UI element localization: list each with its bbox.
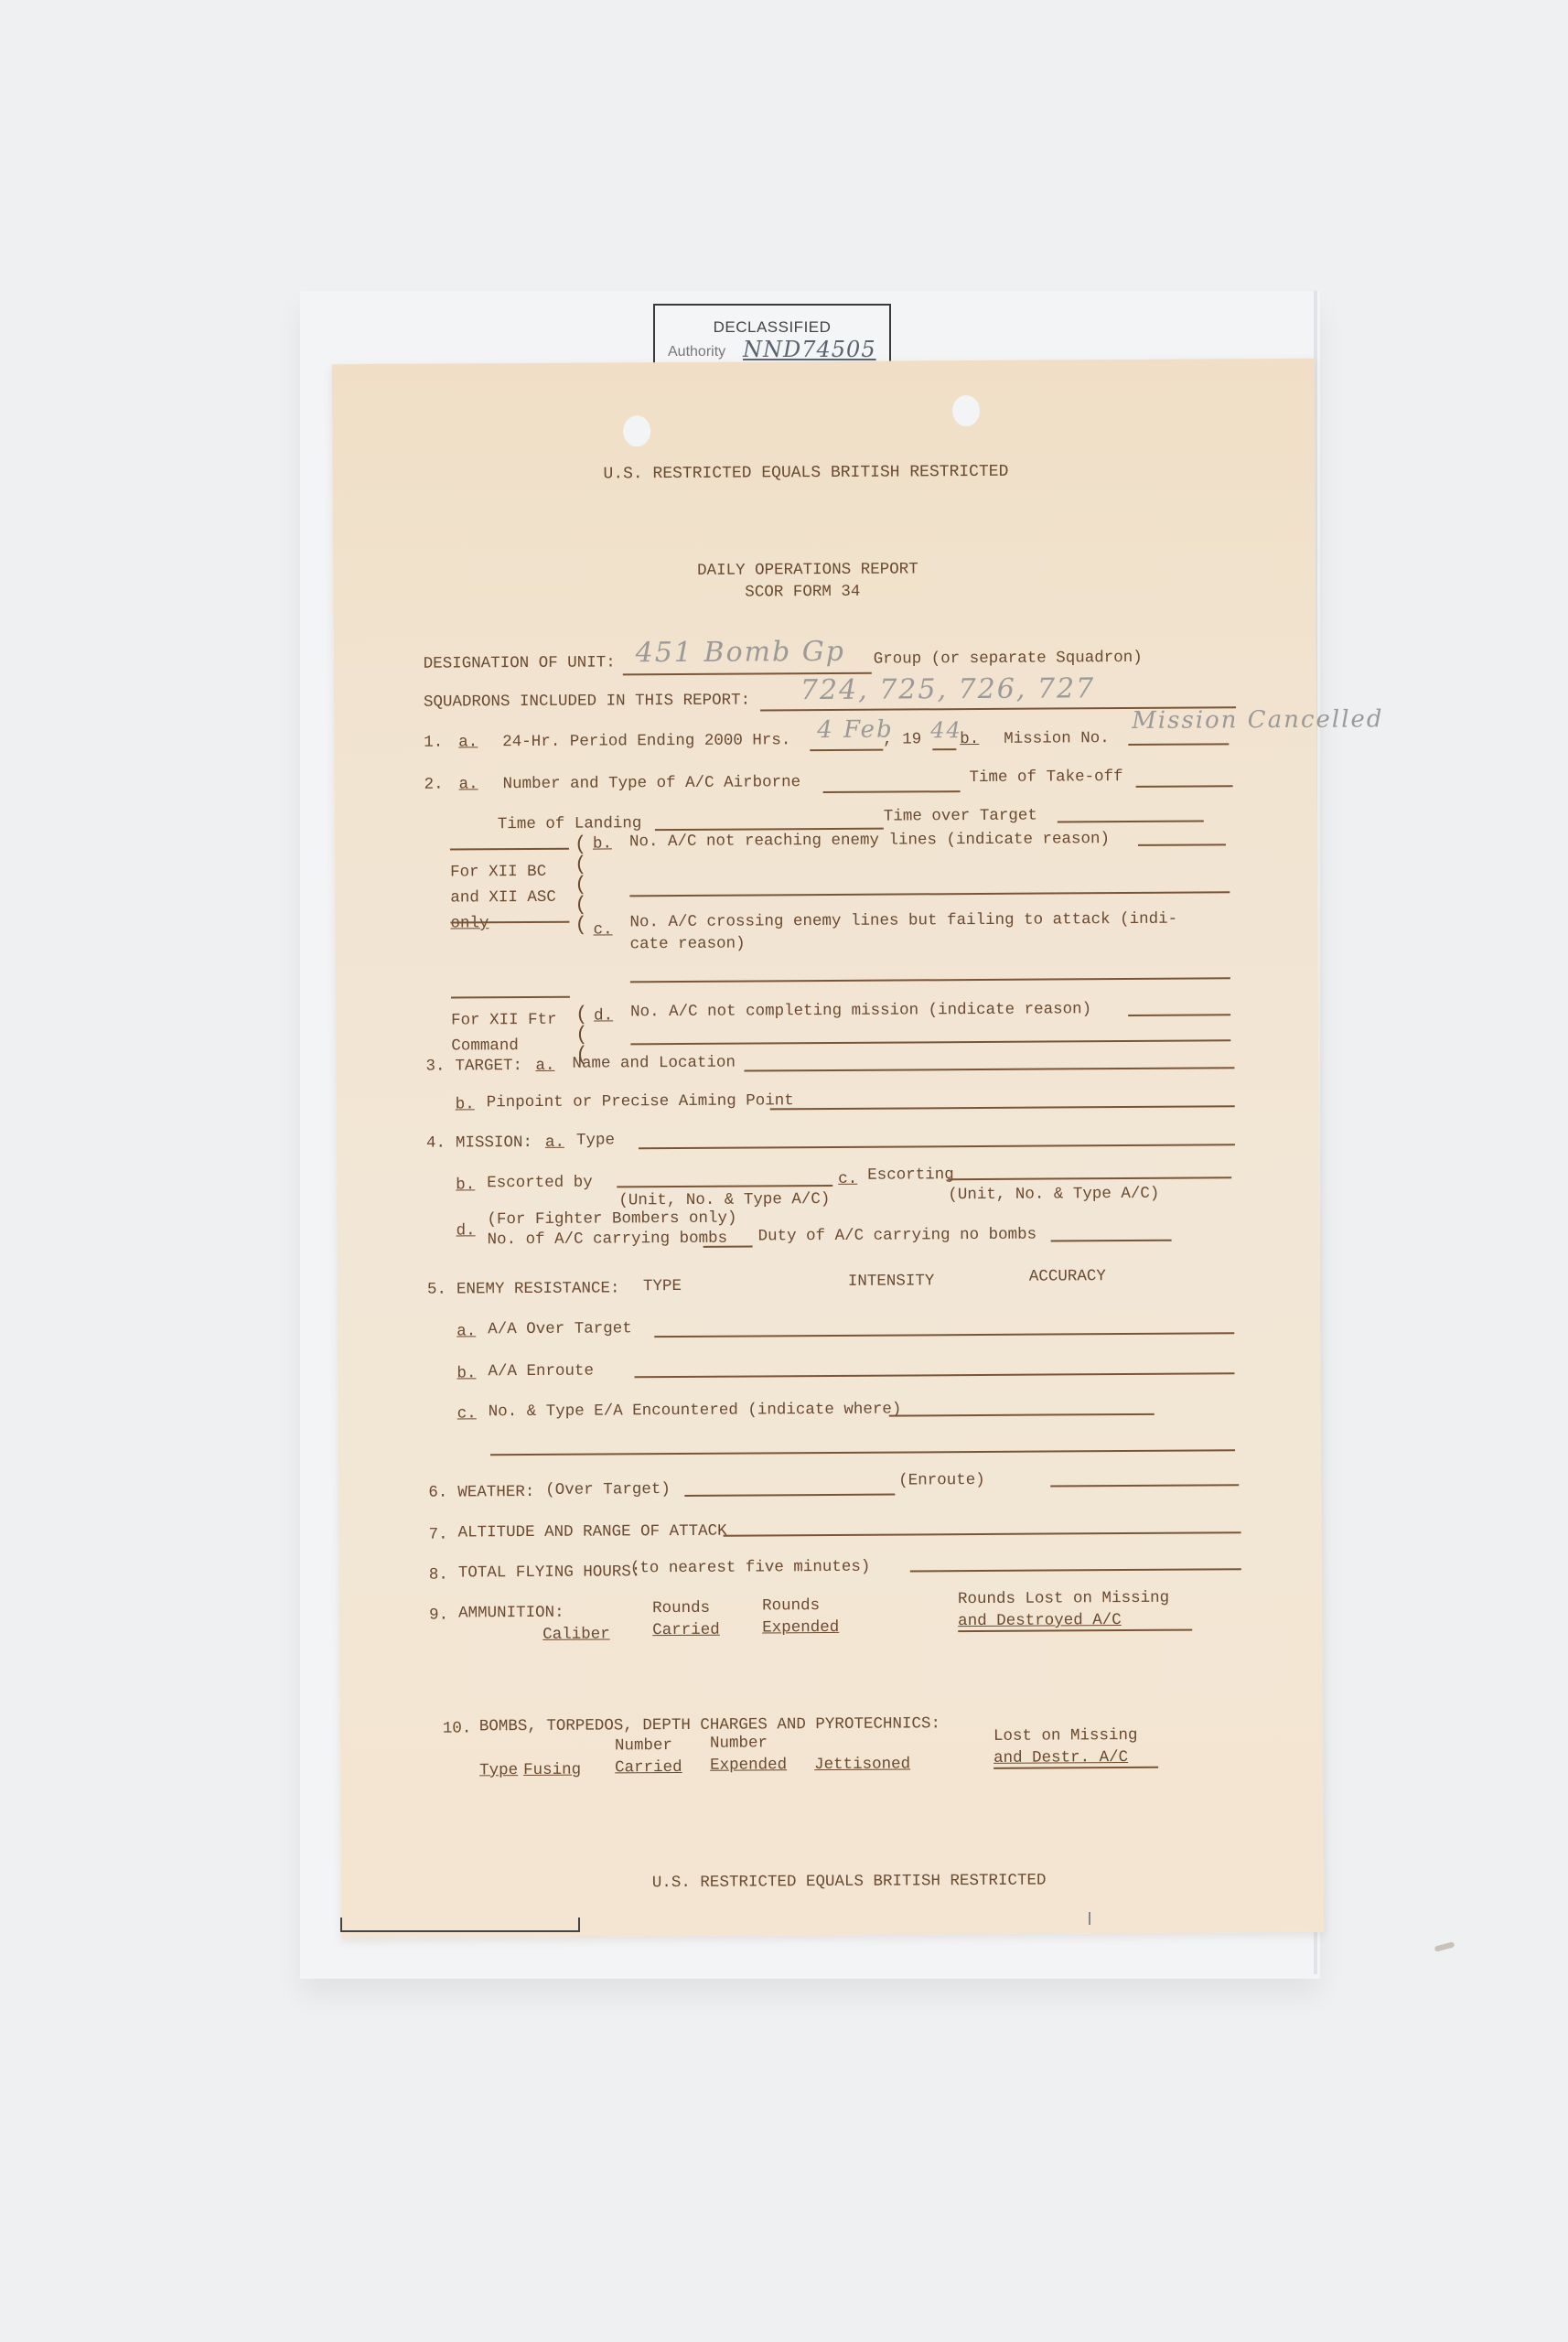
item9-number: 9. bbox=[429, 1606, 448, 1625]
target-name-field[interactable] bbox=[744, 1067, 1234, 1071]
aircraft-airborne-label: Number and Type of A/C Airborne bbox=[503, 773, 801, 793]
aa-enroute-label: A/A Enroute bbox=[488, 1362, 594, 1381]
item2-b-letter: b. bbox=[593, 834, 612, 853]
escorted-by-label: Escorted by bbox=[487, 1174, 593, 1193]
year-prefix: , 19 bbox=[883, 730, 921, 748]
escorting-field[interactable] bbox=[948, 1176, 1231, 1180]
not-completing-field-2[interactable] bbox=[630, 1039, 1230, 1045]
bombs-col-carried-1: Number bbox=[615, 1736, 672, 1755]
failing-attack-field[interactable] bbox=[630, 977, 1230, 983]
mission-type-label: Type bbox=[576, 1131, 615, 1149]
item5-number: 5. bbox=[427, 1281, 446, 1299]
side-note-bc-line2: and XII ASC bbox=[450, 885, 556, 911]
enemy-aircraft-field-2[interactable] bbox=[490, 1449, 1235, 1456]
altitude-range-field[interactable] bbox=[724, 1531, 1241, 1536]
bombs-col-type: Type bbox=[479, 1761, 518, 1779]
year-field[interactable] bbox=[932, 748, 956, 750]
escorting-label: Escorting bbox=[867, 1166, 954, 1185]
bombs-label: BOMBS, TORPEDOS, DEPTH CHARGES AND PYROT… bbox=[479, 1714, 940, 1735]
item4-number: 4. bbox=[426, 1134, 446, 1153]
no-bombs-duty-label: Duty of A/C carrying no bombs bbox=[758, 1226, 1037, 1246]
aiming-point-field[interactable] bbox=[770, 1105, 1235, 1110]
brace-bc: ((((( bbox=[575, 835, 587, 936]
authority-label: Authority bbox=[668, 344, 725, 360]
squadrons-label: SQUADRONS INCLUDED IN THIS REPORT: bbox=[424, 692, 750, 712]
year-value: 44 bbox=[930, 717, 962, 743]
landing-field[interactable] bbox=[655, 828, 884, 832]
side-note-bc-line1: For XII BC bbox=[450, 859, 556, 886]
authority-value: NND74505 bbox=[743, 337, 876, 362]
item1-a-label: 24-Hr. Period Ending 2000 Hrs. bbox=[502, 731, 790, 751]
item4-b-letter: b. bbox=[456, 1176, 475, 1194]
side-note-bc: For XII BC and XII ASC only bbox=[450, 859, 556, 937]
classification-bottom: U.S. RESTRICTED EQUALS BRITISH RESTRICTE… bbox=[652, 1872, 1047, 1893]
item10-number: 10. bbox=[443, 1719, 472, 1737]
col-type: TYPE bbox=[643, 1277, 682, 1295]
squadrons-value: 724, 725, 726, 727 bbox=[800, 672, 1095, 706]
item3-b-letter: b. bbox=[456, 1095, 475, 1113]
designation-suffix: Group (or separate Squadron) bbox=[874, 649, 1143, 669]
flying-hours-field[interactable] bbox=[910, 1568, 1241, 1572]
item4-c-letter: c. bbox=[838, 1170, 857, 1188]
ammo-col-expended-1: Rounds bbox=[762, 1596, 820, 1615]
aa-enroute-field[interactable] bbox=[635, 1372, 1235, 1378]
mission-no-field[interactable] bbox=[1128, 743, 1229, 746]
takeoff-field[interactable] bbox=[1136, 785, 1233, 788]
divider-ftr bbox=[451, 996, 570, 999]
punch-hole-right bbox=[952, 395, 980, 426]
ammo-lost-underline bbox=[958, 1629, 1192, 1633]
report-sheet: U.S. RESTRICTED EQUALS BRITISH RESTRICTE… bbox=[332, 359, 1324, 1939]
item1-a-letter: a. bbox=[458, 733, 478, 751]
sleeve-tick bbox=[1089, 1912, 1090, 1925]
bombs-col-fusing: Fusing bbox=[523, 1761, 581, 1779]
flying-hours-hint: (to nearest five minutes) bbox=[630, 1558, 871, 1578]
designation-value: 451 Bomb Gp bbox=[636, 636, 845, 669]
aircraft-airborne-field[interactable] bbox=[823, 790, 961, 793]
target-name-label: Name and Location bbox=[572, 1054, 736, 1073]
not-reaching-label: No. A/C not reaching enemy lines (indica… bbox=[629, 830, 1110, 851]
not-completing-field[interactable] bbox=[1128, 1014, 1230, 1016]
item2-a-letter: a. bbox=[459, 775, 478, 793]
weather-over-target-field[interactable] bbox=[684, 1494, 895, 1497]
carrying-bombs-field[interactable] bbox=[703, 1246, 753, 1248]
item5-b-letter: b. bbox=[456, 1364, 476, 1382]
over-target-field[interactable] bbox=[1058, 820, 1204, 822]
bombs-col-lost-2: and Destr. A/C bbox=[993, 1748, 1128, 1767]
mission-no-label: Mission No. bbox=[1004, 729, 1110, 748]
weather-enroute-field[interactable] bbox=[1050, 1484, 1239, 1487]
bombs-col-carried-2: Carried bbox=[615, 1758, 682, 1777]
ammo-col-lost-2: and Destroyed A/C bbox=[958, 1611, 1122, 1630]
side-note-ftr: For XII Ftr Command bbox=[451, 1007, 557, 1059]
weather-over-target-label: (Over Target) bbox=[545, 1480, 671, 1499]
ammo-col-caliber: Caliber bbox=[542, 1625, 610, 1643]
item5-a-letter: a. bbox=[456, 1322, 476, 1340]
item2-number: 2. bbox=[424, 776, 444, 794]
mission-no-value: Mission Cancelled bbox=[1132, 705, 1384, 735]
item3-number: 3. bbox=[425, 1058, 445, 1076]
enemy-aircraft-field[interactable] bbox=[889, 1413, 1155, 1417]
landing-label: Time of Landing bbox=[498, 814, 642, 833]
carrying-bombs-label: No. of A/C carrying bombs bbox=[488, 1230, 728, 1250]
bombs-col-jettisoned: Jettisoned bbox=[814, 1755, 910, 1774]
col-intensity: INTENSITY bbox=[848, 1272, 935, 1291]
side-note-ftr-line1: For XII Ftr bbox=[451, 1007, 557, 1034]
ammunition-label: AMMUNITION: bbox=[458, 1604, 564, 1623]
bombs-lost-underline bbox=[993, 1767, 1158, 1769]
not-reaching-field[interactable] bbox=[1138, 843, 1226, 846]
item7-number: 7. bbox=[429, 1526, 448, 1544]
item4-a-letter: a. bbox=[545, 1133, 564, 1152]
side-note-ftr-line2: Command bbox=[451, 1033, 557, 1059]
declassified-title: DECLASSIFIED bbox=[655, 318, 889, 337]
not-completing-label: No. A/C not completing mission (indicate… bbox=[630, 1000, 1091, 1021]
fighter-bombers-label: (For Fighter Bombers only) bbox=[487, 1209, 736, 1230]
bombs-col-expended-2: Expended bbox=[710, 1756, 787, 1775]
bombs-col-expended-1: Number bbox=[710, 1734, 768, 1752]
item4-d-letter: d. bbox=[456, 1221, 475, 1240]
failing-attack-label-2: cate reason) bbox=[630, 935, 746, 954]
over-target-label: Time over Target bbox=[884, 807, 1037, 826]
mission-type-field[interactable] bbox=[639, 1144, 1235, 1149]
punch-hole-left bbox=[623, 415, 650, 446]
aa-over-target-field[interactable] bbox=[654, 1332, 1234, 1338]
escorted-by-hint: (Unit, No. & Type A/C) bbox=[618, 1190, 830, 1209]
ammo-col-carried-1: Rounds bbox=[652, 1599, 710, 1617]
col-accuracy: ACCURACY bbox=[1029, 1267, 1106, 1286]
altitude-range-label: ALTITUDE AND RANGE OF ATTACK bbox=[457, 1522, 726, 1542]
item3-a-letter: a. bbox=[535, 1057, 554, 1075]
enemy-aircraft-label: No. & Type E/A Encountered (indicate whe… bbox=[489, 1401, 902, 1422]
item5-c-letter: c. bbox=[457, 1404, 477, 1423]
item1-number: 1. bbox=[424, 734, 443, 752]
report-title: DAILY OPERATIONS REPORT bbox=[697, 560, 918, 579]
period-date-field[interactable] bbox=[810, 749, 883, 751]
item6-number: 6. bbox=[428, 1484, 447, 1502]
classification-top: U.S. RESTRICTED EQUALS BRITISH RESTRICTE… bbox=[603, 463, 1008, 484]
bombs-col-lost-1: Lost on Missing bbox=[993, 1726, 1138, 1746]
aa-over-target-label: A/A Over Target bbox=[488, 1319, 632, 1338]
item1-b-letter: b. bbox=[960, 730, 979, 748]
mission-label: MISSION: bbox=[456, 1133, 532, 1153]
weather-enroute-label: (Enroute) bbox=[898, 1471, 985, 1490]
enemy-resistance-label: ENEMY RESISTANCE: bbox=[456, 1279, 620, 1298]
not-reaching-field-2[interactable] bbox=[629, 891, 1230, 897]
ammo-col-carried-2: Carried bbox=[652, 1621, 720, 1639]
divider-bc bbox=[450, 848, 569, 851]
item8-number: 8. bbox=[429, 1566, 448, 1585]
aiming-point-label: Pinpoint or Precise Aiming Point bbox=[487, 1091, 794, 1112]
table-smudge bbox=[1434, 1941, 1455, 1951]
form-number: SCOR FORM 34 bbox=[745, 583, 860, 602]
target-label: TARGET: bbox=[455, 1057, 522, 1075]
escorting-hint: (Unit, No. & Type A/C) bbox=[948, 1185, 1159, 1204]
clip-bracket bbox=[340, 1918, 580, 1932]
failing-attack-label: No. A/C crossing enemy lines but failing… bbox=[629, 910, 1177, 932]
takeoff-label: Time of Take-off bbox=[969, 768, 1122, 787]
flying-hours-label: TOTAL FLYING HOURS: bbox=[458, 1563, 641, 1582]
designation-label: DESIGNATION OF UNIT: bbox=[424, 653, 616, 672]
item2-c-letter: c. bbox=[593, 920, 612, 939]
escorted-by-field[interactable] bbox=[617, 1185, 832, 1187]
item2-d-letter: d. bbox=[594, 1006, 613, 1025]
weather-label: WEATHER: bbox=[457, 1483, 534, 1502]
ammo-col-lost-1: Rounds Lost on Missing bbox=[958, 1589, 1169, 1608]
ammo-col-expended-2: Expended bbox=[762, 1618, 839, 1638]
no-bombs-duty-field[interactable] bbox=[1051, 1240, 1172, 1242]
